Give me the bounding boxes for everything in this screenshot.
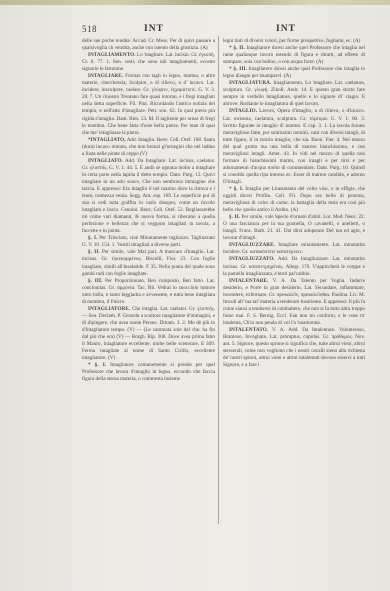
footer-mark: ·	[196, 548, 198, 553]
entry-text: V. A. Da Talento per Voglia. Indurre des…	[223, 278, 365, 326]
column-divider	[218, 36, 219, 524]
entry-text: V. A. Add. Da Intalentare. Volonteroso, …	[223, 327, 365, 368]
entry-text: Per Proporzionato, Ben composto, Ben fat…	[82, 278, 215, 305]
entry-text: Lavoro, Opera d'intaglio, a di rilievo, …	[223, 108, 365, 184]
right-column: legni tinti di diversi colori, per fiorn…	[223, 38, 365, 369]
dictionary-entry: §. III. Per Proporzionato, Ben composto,…	[82, 278, 215, 306]
entry-headword: INTAGLIATURA.	[229, 80, 271, 86]
entry-headword: INTALENTARE.	[229, 278, 268, 284]
dictionary-entry: INTAGLIUZZATO. Add. Da Intagliuzzare. La…	[223, 256, 365, 277]
entry-headword: INTAGLIATORE.	[88, 306, 130, 312]
entry-headword: * §. III.	[229, 66, 247, 72]
dictionary-entry: *INTAGLIATO, Add. Intaglio. Benv. Cell. …	[82, 137, 215, 158]
entry-headword: INTAGLIUZZATO.	[229, 256, 275, 262]
entry-headword: INTALENTATO.	[229, 327, 268, 333]
right-guide-word: INT	[276, 24, 296, 34]
dictionary-entry: INTAGLIAMENTO. Lo 'ntagliare. Lat. incis…	[82, 52, 215, 73]
entry-headword: INTAGLIAMENTO.	[88, 52, 136, 58]
page-header: 518 INT INT	[82, 24, 365, 38]
dictionary-entry: * §. II. Intagliatore dicesi anche quel …	[223, 45, 365, 66]
dictionary-entry: §. II. Per simile, vale Mal pari, A manc…	[82, 249, 215, 277]
dictionary-entry: * §. I. Intaglio per Lineamento del volt…	[223, 186, 365, 214]
entry-headword: INTAGLIO.	[229, 108, 257, 114]
entry-headword: §. II.	[88, 249, 100, 255]
dictionary-entry: INTAGLIO. Lavoro, Opera d'intaglio, a di…	[223, 108, 365, 186]
entry-headword: §. II.	[229, 214, 240, 220]
dictionary-entry: §. II. Per simile, vale Specie d'ornato …	[223, 214, 365, 242]
left-guide-word: INT	[144, 24, 164, 34]
entry-text: Per simile, vale Specie d'ornato d'abiti…	[223, 214, 365, 241]
entry-headword: INTAGLIARE.	[88, 73, 123, 79]
dictionary-entry: INTAGLIATO. Add. Da Intagliare. Lat. inc…	[82, 158, 215, 236]
entry-headword: INTAGLIUZZARE.	[229, 242, 275, 248]
dictionary-entry: INTAGLIARE. Formar con tagli in legno, m…	[82, 73, 215, 136]
entry-text: legni tinti di diversi colori, per fiorn…	[223, 38, 360, 44]
dictionary-entry: * §. III. Intagliatore dicesi anche quel…	[223, 66, 365, 80]
continued-text: legni tinti di diversi colori, per fiorn…	[223, 38, 365, 45]
entry-headword: *INTAGLIATO,	[88, 137, 126, 143]
page-number: 518	[82, 24, 97, 34]
dictionary-entry: INTAGLIATURA. Intagliamento, Lo 'ntaglia…	[223, 80, 365, 108]
entry-text: Intagliatore dicesi anche quel Professor…	[223, 45, 365, 65]
left-column: delle sue poche tendite. Accad. Cr. Mess…	[82, 38, 215, 383]
dictionary-entry: * §. I. Intagliatore comunemente si pren…	[82, 362, 215, 383]
dictionary-entry: §. I. Per Trinciato, cioè Minutamente ta…	[82, 235, 215, 249]
entry-text: Per Trinciato, cioè Minutamente tagliuzz…	[82, 235, 215, 248]
dictionary-entry: INTAGLIUZZARE. Intagliare minutamente. L…	[223, 242, 365, 256]
entry-text: delle sue poche tendite. Accad. Cr. Mess…	[82, 38, 215, 51]
entry-text: Intaglio per Lineamento del volto viso, …	[223, 186, 365, 213]
entry-headword: * §. I.	[229, 186, 243, 192]
dictionary-entry: INTAGLIATORE. Che intaglia. Lat. caelato…	[82, 306, 215, 362]
dictionary-entry: INTALENTARE. V. A. Da Talento per Voglia…	[223, 278, 365, 327]
entry-text: Che intaglia. Lat. caelator. Gr. γλυπτής…	[82, 306, 215, 361]
entry-headword: * §. II.	[229, 45, 245, 51]
entry-text: Add. Da Intagliare. Lat. incisus, caelat…	[82, 158, 215, 234]
entry-headword: * §. I.	[88, 362, 106, 368]
entry-text: Per simile, vale Mal pari, A mancare d'i…	[82, 249, 215, 276]
continued-text: delle sue poche tendite. Accad. Cr. Mess…	[82, 38, 215, 52]
entry-text: Formar con tagli in legno, marmo, o altr…	[82, 73, 215, 135]
dictionary-entry: INTALENTATO. V. A. Add. Da Intalentare. …	[223, 327, 365, 369]
entry-headword: INTAGLIATO.	[88, 158, 123, 164]
entry-headword: §. III.	[88, 278, 103, 284]
